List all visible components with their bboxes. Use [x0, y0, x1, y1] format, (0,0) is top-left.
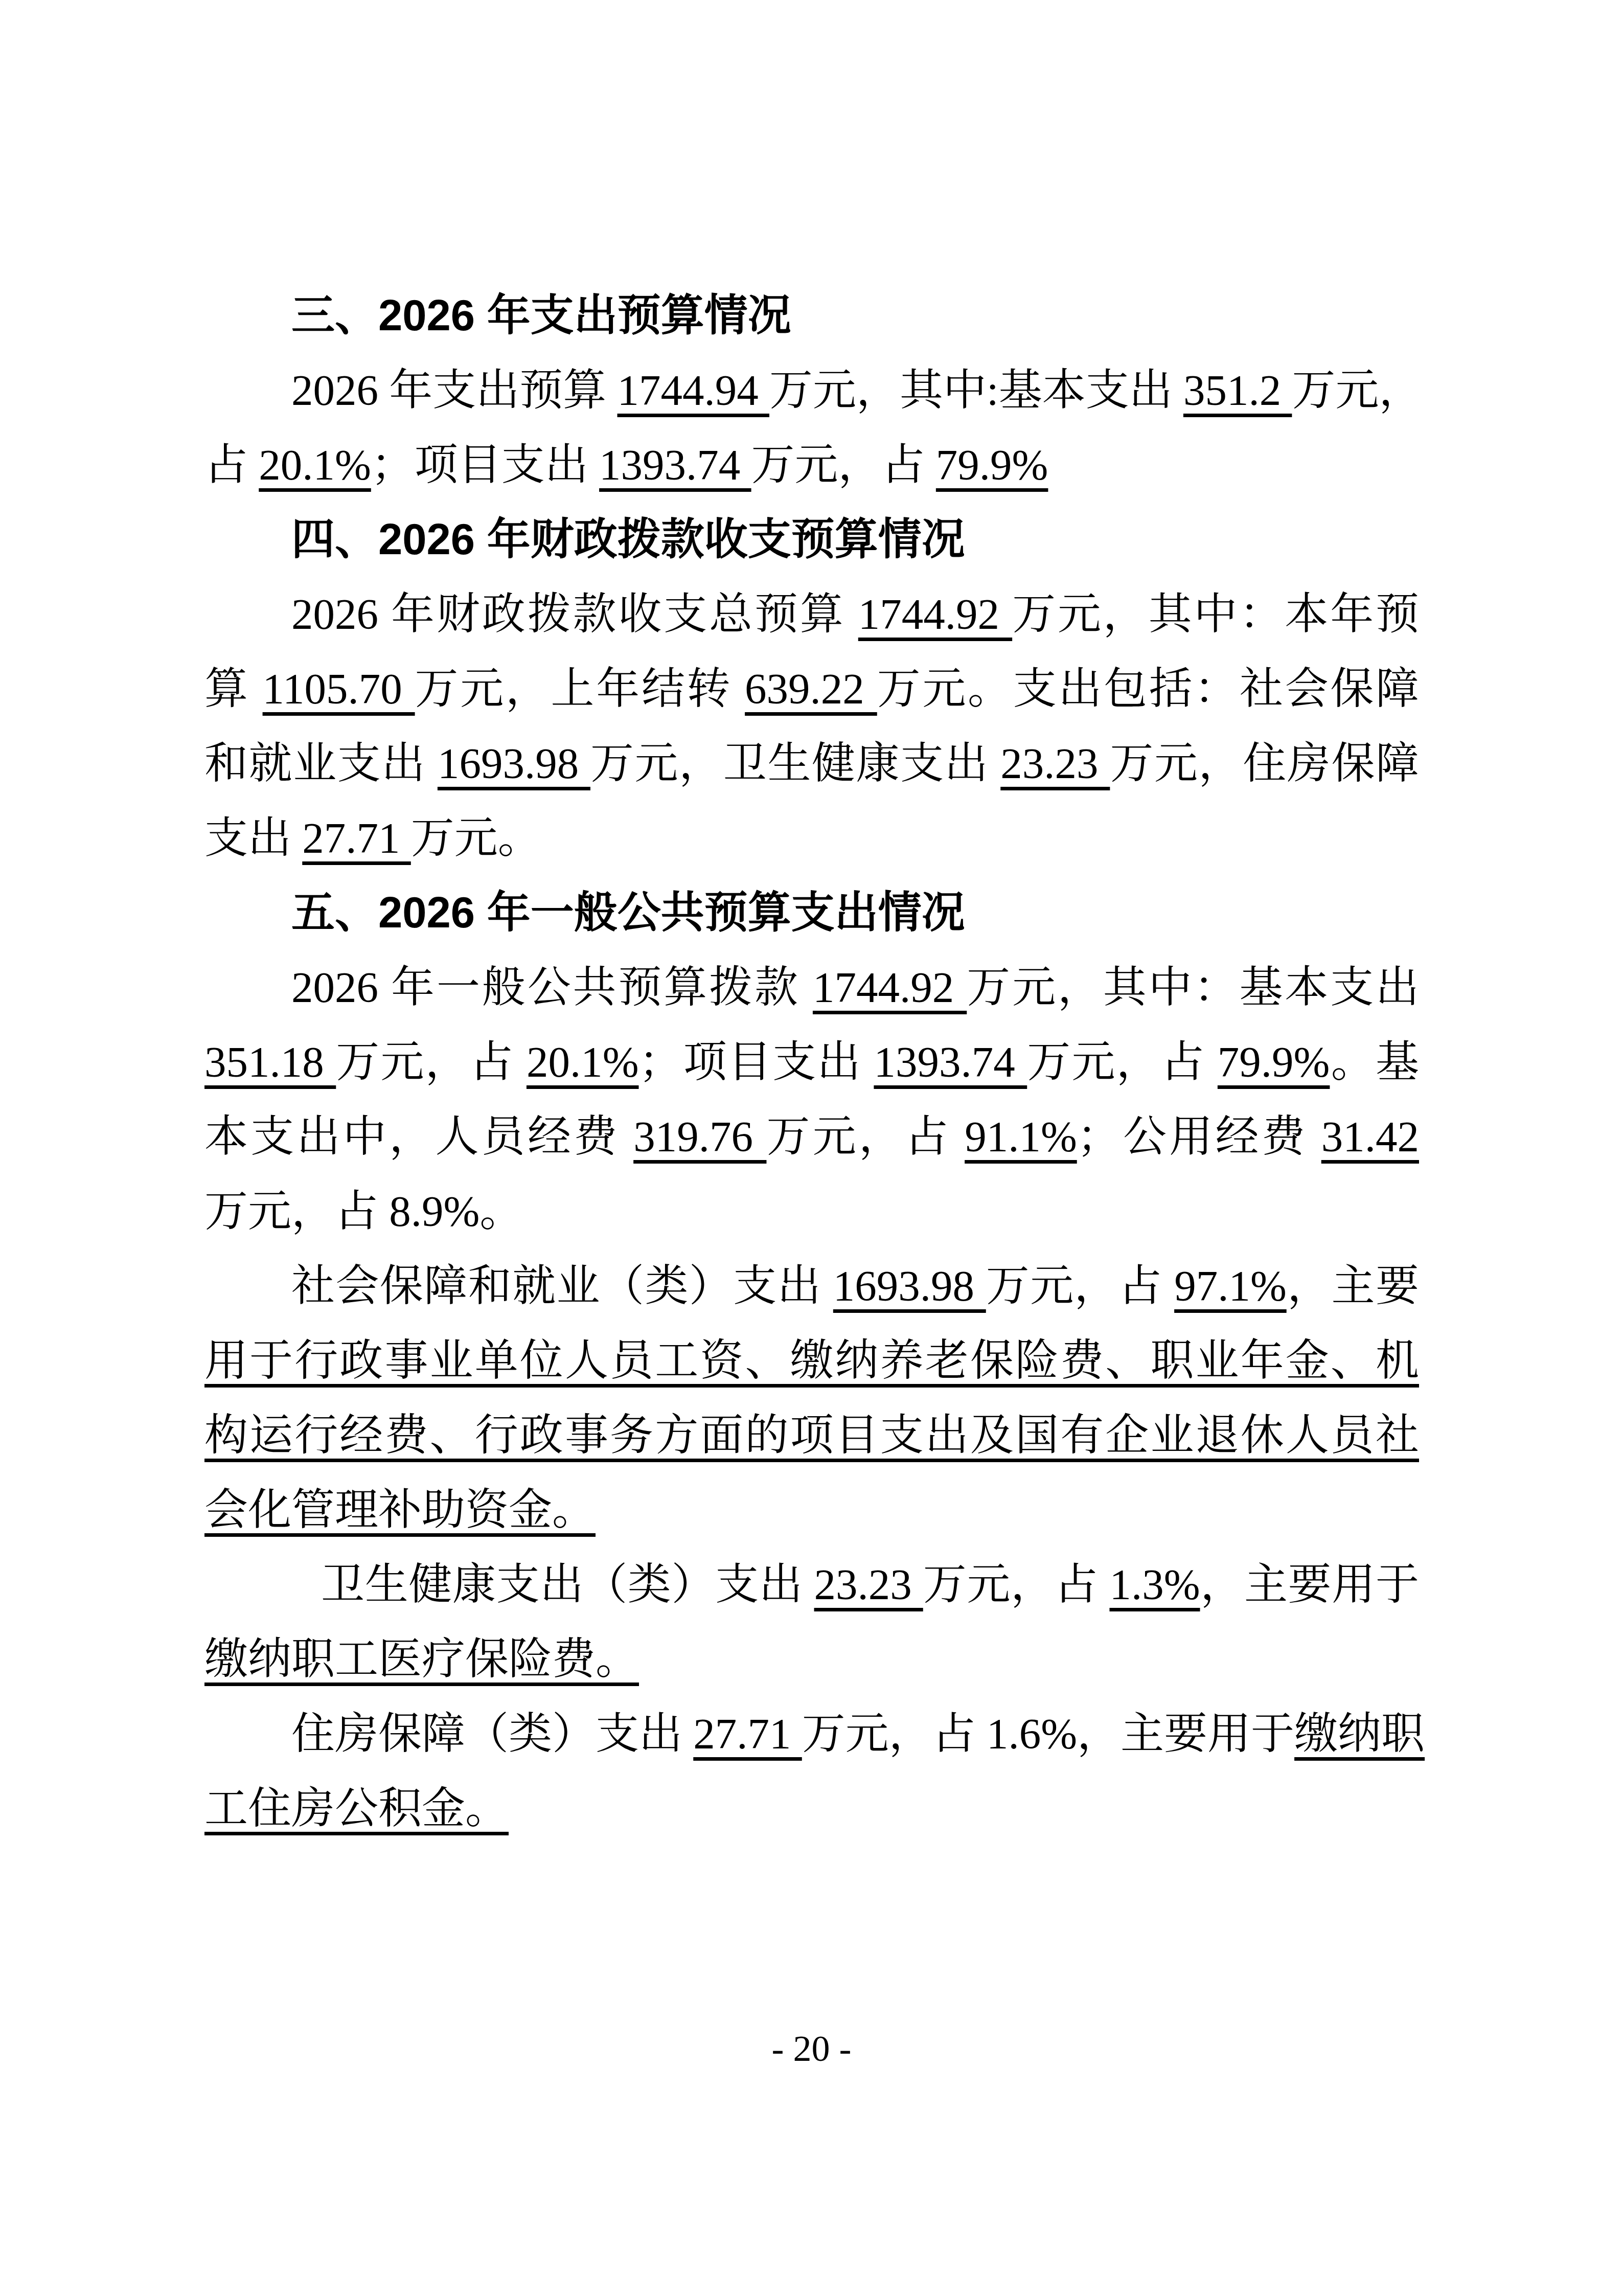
text-segment: 万元，住房保障	[1110, 740, 1419, 788]
text-segment: 万元，占	[1027, 1038, 1218, 1086]
text-segment: 万元，卫生健康支出	[590, 740, 1000, 788]
section-heading: 四、2026 年财政拨款收支预算情况	[204, 503, 1419, 577]
underlined-value: 319.76	[633, 1113, 766, 1161]
section-heading: 五、2026 年一般公共预算支出情况	[204, 876, 1419, 950]
text-line: 住房保障（类）支出 27.71 万元，占 1.6%，主要用于缴纳职	[204, 1697, 1419, 1771]
text-segment: ；项目支出	[371, 441, 599, 489]
underlined-value: 1693.98	[438, 740, 590, 788]
text-line: 占 20.1%；项目支出 1393.74 万元，占 79.9%	[204, 428, 1419, 503]
underlined-value: 1744.92	[813, 964, 967, 1012]
text-segment: 万元，上年结转	[415, 665, 745, 713]
text-segment: 万元，占	[336, 1038, 527, 1086]
underlined-value: 91.1%	[965, 1113, 1077, 1161]
text-segment: 万元，占	[923, 1561, 1110, 1609]
text-line: 用于行政事业单位人员工资、缴纳养老保险费、职业年金、机	[204, 1324, 1419, 1398]
text-segment: 社会保障和就业（类）支出	[291, 1262, 833, 1310]
underlined-value: 缴纳职	[1294, 1710, 1425, 1758]
text-line: 卫生健康支出（类）支出 23.23 万元，占 1.3%，主要用于	[204, 1548, 1419, 1622]
underlined-value: 1393.74	[874, 1038, 1027, 1086]
underlined-value: 351.2	[1183, 367, 1292, 415]
document-body: 三、2026 年支出预算情况2026 年支出预算 1744.94 万元，其中:基…	[204, 279, 1419, 1846]
text-line: 2026 年一般公共预算拨款 1744.92 万元，其中：基本支出	[204, 950, 1419, 1025]
text-segment: 万元，占	[986, 1262, 1174, 1310]
text-line: 万元，占 8.9%。	[204, 1174, 1419, 1249]
text-segment: ；项目支出	[639, 1038, 874, 1086]
text-segment: 五、2026 年一般公共预算支出情况	[291, 889, 965, 937]
page-number: - 20 -	[0, 2020, 1623, 2077]
text-segment: 。基	[1330, 1038, 1419, 1086]
text-line: 会化管理补助资金。	[204, 1473, 1419, 1548]
text-line: 2026 年支出预算 1744.94 万元，其中:基本支出 351.2 万元，	[204, 353, 1419, 428]
underlined-value: 23.23	[814, 1561, 923, 1609]
text-line: 和就业支出 1693.98 万元，卫生健康支出 23.23 万元，住房保障	[204, 726, 1419, 801]
text-segment: 万元，占	[751, 441, 936, 489]
text-segment: 算	[204, 665, 263, 713]
text-line: 工住房公积金。	[204, 1771, 1419, 1846]
underlined-value: 缴纳职工医疗保险费。	[204, 1635, 639, 1684]
text-segment: 2026 年支出预算	[291, 367, 618, 415]
underlined-value: 20.1%	[527, 1038, 639, 1086]
text-line: 缴纳职工医疗保险费。	[204, 1622, 1419, 1697]
text-segment: 2026 年财政拨款收支总预算	[291, 590, 858, 639]
underlined-value: 用于行政事业单位人员工资、缴纳养老保险费、职业年金、机	[204, 1337, 1419, 1385]
text-line: 支出 27.71 万元。	[204, 801, 1419, 876]
underlined-value: 79.9%	[1218, 1038, 1330, 1086]
text-segment: 万元，其中:基本支出	[769, 367, 1183, 415]
text-segment: 万元，其中：基本支出	[967, 964, 1419, 1012]
underlined-value: 27.71	[693, 1710, 802, 1758]
underlined-value: 79.9%	[936, 441, 1048, 489]
underlined-value: 1.3%	[1109, 1561, 1200, 1609]
text-segment: 2026 年一般公共预算拨款	[291, 964, 813, 1012]
underlined-value: 27.71	[302, 814, 411, 862]
text-segment: 四、2026 年财政拨款收支预算情况	[291, 515, 965, 564]
underlined-value: 639.22	[745, 665, 877, 713]
text-segment: 本支出中，人员经费	[204, 1113, 633, 1161]
underlined-value: 351.18	[204, 1038, 336, 1086]
text-segment: 万元，占 1.6%，主要用于	[802, 1710, 1294, 1758]
underlined-value: 会化管理补助资金。	[204, 1486, 596, 1534]
underlined-value: 20.1%	[259, 441, 371, 489]
text-line: 构运行经费、行政事务方面的项目支出及国有企业退休人员社	[204, 1398, 1419, 1473]
text-segment: 万元，占	[766, 1113, 965, 1161]
text-line: 351.18 万元，占 20.1%；项目支出 1393.74 万元，占 79.9…	[204, 1025, 1419, 1100]
text-segment: 卫生健康支出（类）支出	[321, 1561, 814, 1609]
document-page: 三、2026 年支出预算情况2026 年支出预算 1744.94 万元，其中:基…	[0, 0, 1623, 2296]
text-segment: 占	[204, 441, 259, 489]
text-line: 算 1105.70 万元，上年结转 639.22 万元。支出包括：社会保障	[204, 652, 1419, 726]
text-segment: ，主要用于	[1200, 1561, 1419, 1609]
text-line: 社会保障和就业（类）支出 1693.98 万元，占 97.1%，主要	[204, 1249, 1419, 1324]
text-segment: 万元，其中：本年预	[1012, 590, 1419, 639]
section-heading: 三、2026 年支出预算情况	[204, 279, 1419, 353]
text-segment: 住房保障（类）支出	[291, 1710, 693, 1758]
text-segment: ，主要	[1287, 1262, 1419, 1310]
underlined-value: 工住房公积金。	[204, 1785, 509, 1833]
text-segment: ；公用经费	[1077, 1113, 1321, 1161]
text-segment: 万元，	[1292, 367, 1422, 415]
underlined-value: 1693.98	[833, 1262, 986, 1310]
text-segment: 万元。支出包括：社会保障	[877, 665, 1419, 713]
underlined-value: 1105.70	[263, 665, 415, 713]
text-line: 2026 年财政拨款收支总预算 1744.92 万元，其中：本年预	[204, 577, 1419, 652]
underlined-value: 1744.92	[858, 590, 1012, 639]
underlined-value: 1744.94	[618, 367, 770, 415]
text-segment: 和就业支出	[204, 740, 438, 788]
text-segment: 万元，占 8.9%。	[204, 1188, 523, 1236]
underlined-value: 构运行经费、行政事务方面的项目支出及国有企业退休人员社	[204, 1412, 1419, 1460]
text-segment: 万元。	[411, 814, 541, 862]
underlined-value: 31.42	[1321, 1113, 1419, 1161]
underlined-value: 97.1%	[1174, 1262, 1287, 1310]
text-segment: 三、2026 年支出预算情况	[291, 291, 791, 340]
underlined-value: 23.23	[1000, 740, 1110, 788]
text-segment: 支出	[204, 814, 302, 862]
underlined-value: 1393.74	[599, 441, 751, 489]
text-line: 本支出中，人员经费 319.76 万元，占 91.1%；公用经费 31.42	[204, 1100, 1419, 1174]
